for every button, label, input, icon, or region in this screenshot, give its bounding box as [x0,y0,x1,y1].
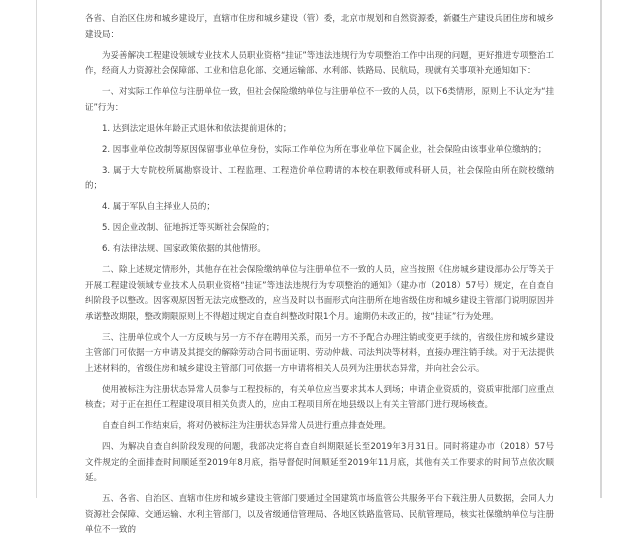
paragraph-section-3: 三、注册单位或个人一方反映与另一方不存在聘用关系，而另一方不予配合办理注销或变更… [85,331,554,378]
paragraph-item-5: 5. 因企业改制、征地拆迁等买断社会保险的； [85,221,554,237]
paragraph-item-4: 4. 属于军队自主择业人员的； [85,200,554,216]
paragraph-intro: 为妥善解决工程建设领域专业技术人员职业资格“挂证”等违法违规行为专项整治工作中出… [85,49,554,80]
paragraph-section-4: 四、为解决自查自纠阶段发现的问题，我部决定将自查自纠期限延长至2019年3月31… [85,440,554,487]
paragraph-section-1: 一、对实际工作单位与注册单位一致，但社会保险缴纳单位与注册单位不一致的人员，以下… [85,85,554,116]
paragraph-section-2: 二、除上述规定情形外，其他存在社会保险缴纳单位与注册单位不一致的人员，应当按照《… [85,263,554,325]
paragraph-salutation: 各省、自治区住房和城乡建设厅，直辖市住房和城乡建设（管）委，北京市规划和自然资源… [85,12,554,43]
paragraph-section-3-sub-2: 自查自纠工作结束后，将对仍被标注为注册状态异常人员进行重点排查处理。 [85,419,554,435]
paragraph-item-1: 1. 达到法定退休年龄正式退休和依法提前退休的； [85,122,554,138]
paragraph-section-3-sub-1: 使用被标注为注册状态异常人员参与工程投标的，有关单位应当要求其本人到场；申请企业… [85,383,554,414]
paragraph-section-5: 五、各省、自治区、直辖市住房和城乡建设主管部门要通过全国建筑市场监管公共服务平台… [85,492,554,498]
page-frame: 各省、自治区住房和城乡建设厅，直辖市住房和城乡建设（管）委，北京市规划和自然资源… [36,0,602,498]
paragraph-item-2: 2. 因事业单位改制等原因保留事业单位身份，实际工作单位为所在事业单位下属企业，… [85,143,554,159]
paragraph-item-3: 3. 属于大专院校所属勘察设计、工程监理、工程造价单位聘请的本校在职教师或科研人… [85,164,554,195]
document-body: 各省、自治区住房和城乡建设厅，直辖市住房和城乡建设（管）委，北京市规划和自然资源… [37,0,600,498]
paragraph-item-6: 6. 有法律法规、国家政策依据的其他情形。 [85,242,554,258]
